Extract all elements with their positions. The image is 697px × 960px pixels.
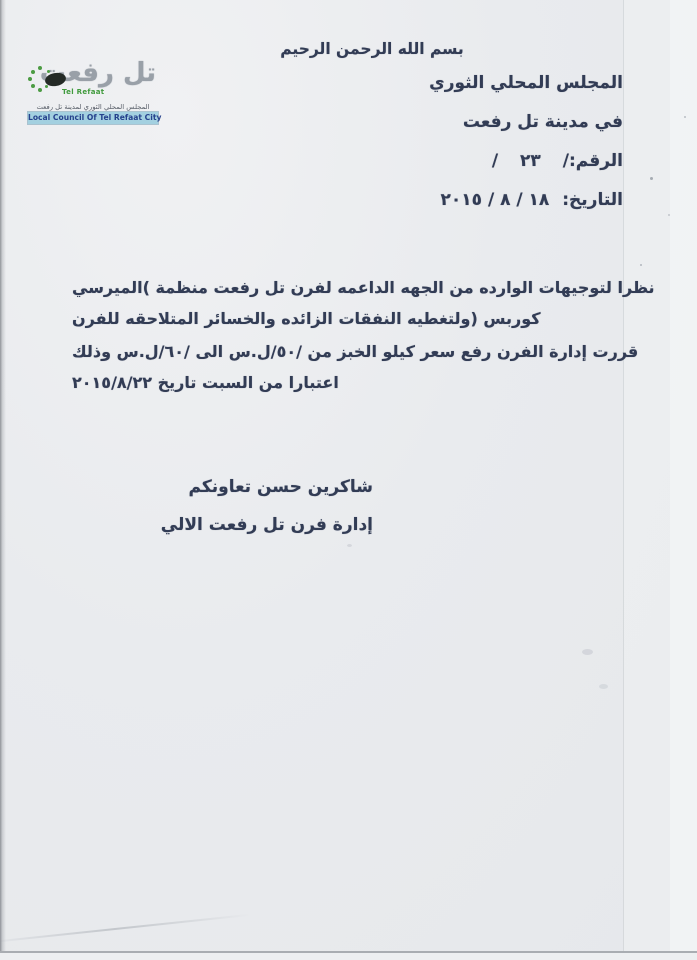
- closing-block: شاكرين حسن تعاونكم إدارة فرن تل رفعت الا…: [161, 475, 373, 538]
- signature-line: إدارة فرن تل رفعت الالي: [161, 513, 373, 538]
- number-value: ٢٣: [520, 148, 541, 175]
- date-label: التاريخ:: [562, 187, 623, 214]
- date-line: التاريخ: ١٨ / ٨ / ٢٠١٥: [429, 187, 623, 214]
- scan-left-edge-shadow: [0, 0, 6, 960]
- paper-crease: [0, 914, 249, 944]
- paper-smudge: [347, 544, 352, 547]
- logo-artwork: تل رفعت Tel Refaat: [28, 64, 158, 101]
- reference-number-line: الرقم:/ ٢٣ /: [429, 148, 623, 175]
- scanned-letter-page: بسم الله الرحمن الرحيم تل رفعت Tel Refaa…: [0, 0, 697, 960]
- paper-speckle: [684, 116, 686, 118]
- logo-council-name-arabic: المجلس المحلي الثوري لمدينة تل رفعت: [28, 103, 158, 111]
- scan-bottom-strip: [0, 953, 697, 960]
- paper-speckle: [650, 177, 653, 180]
- logo-english-name: Tel Refaat: [62, 88, 104, 96]
- paper-speckle: [668, 214, 670, 216]
- council-logo: تل رفعت Tel Refaat المجلس المحلي الثوري …: [28, 64, 158, 124]
- body-line: قررت إدارة الفرن رفع سعر كيلو الخبز من /…: [72, 336, 672, 367]
- number-label: الرقم:/: [563, 148, 623, 175]
- paper-right-margin: [670, 0, 697, 952]
- paper-smudge: [599, 684, 608, 689]
- body-line: اعتبارا من السبت تاريخ ٢٠١٥/٨/٢٢: [72, 367, 672, 398]
- body-line: كوربس (ولتغطيه النفقات الزائده والخسائر …: [72, 303, 672, 334]
- city-line: في مدينة تل رفعت: [429, 109, 623, 136]
- council-name-line: المجلس المحلي الثوري: [429, 70, 623, 97]
- body-paragraph-2: قررت إدارة الفرن رفع سعر كيلو الخبز من /…: [72, 336, 672, 398]
- body-paragraph-1: نظرا لتوجيهات الوارده من الجهه الداعمه ل…: [72, 272, 672, 334]
- letter-header-block: المجلس المحلي الثوري في مدينة تل رفعت ال…: [429, 70, 623, 226]
- date-value: ١٨ / ٨ / ٢٠١٥: [441, 187, 550, 214]
- paper-speckle: [640, 264, 642, 266]
- paper-smudge: [582, 649, 593, 655]
- thanks-line: شاكرين حسن تعاونكم: [161, 475, 373, 500]
- logo-council-name-english-banner: Local Council Of Tel Refaat City: [28, 112, 158, 124]
- number-closing-slash: /: [492, 148, 498, 175]
- bismillah-text: بسم الله الرحمن الرحيم: [258, 40, 486, 58]
- body-line: نظرا لتوجيهات الوارده من الجهه الداعمه ل…: [72, 272, 672, 303]
